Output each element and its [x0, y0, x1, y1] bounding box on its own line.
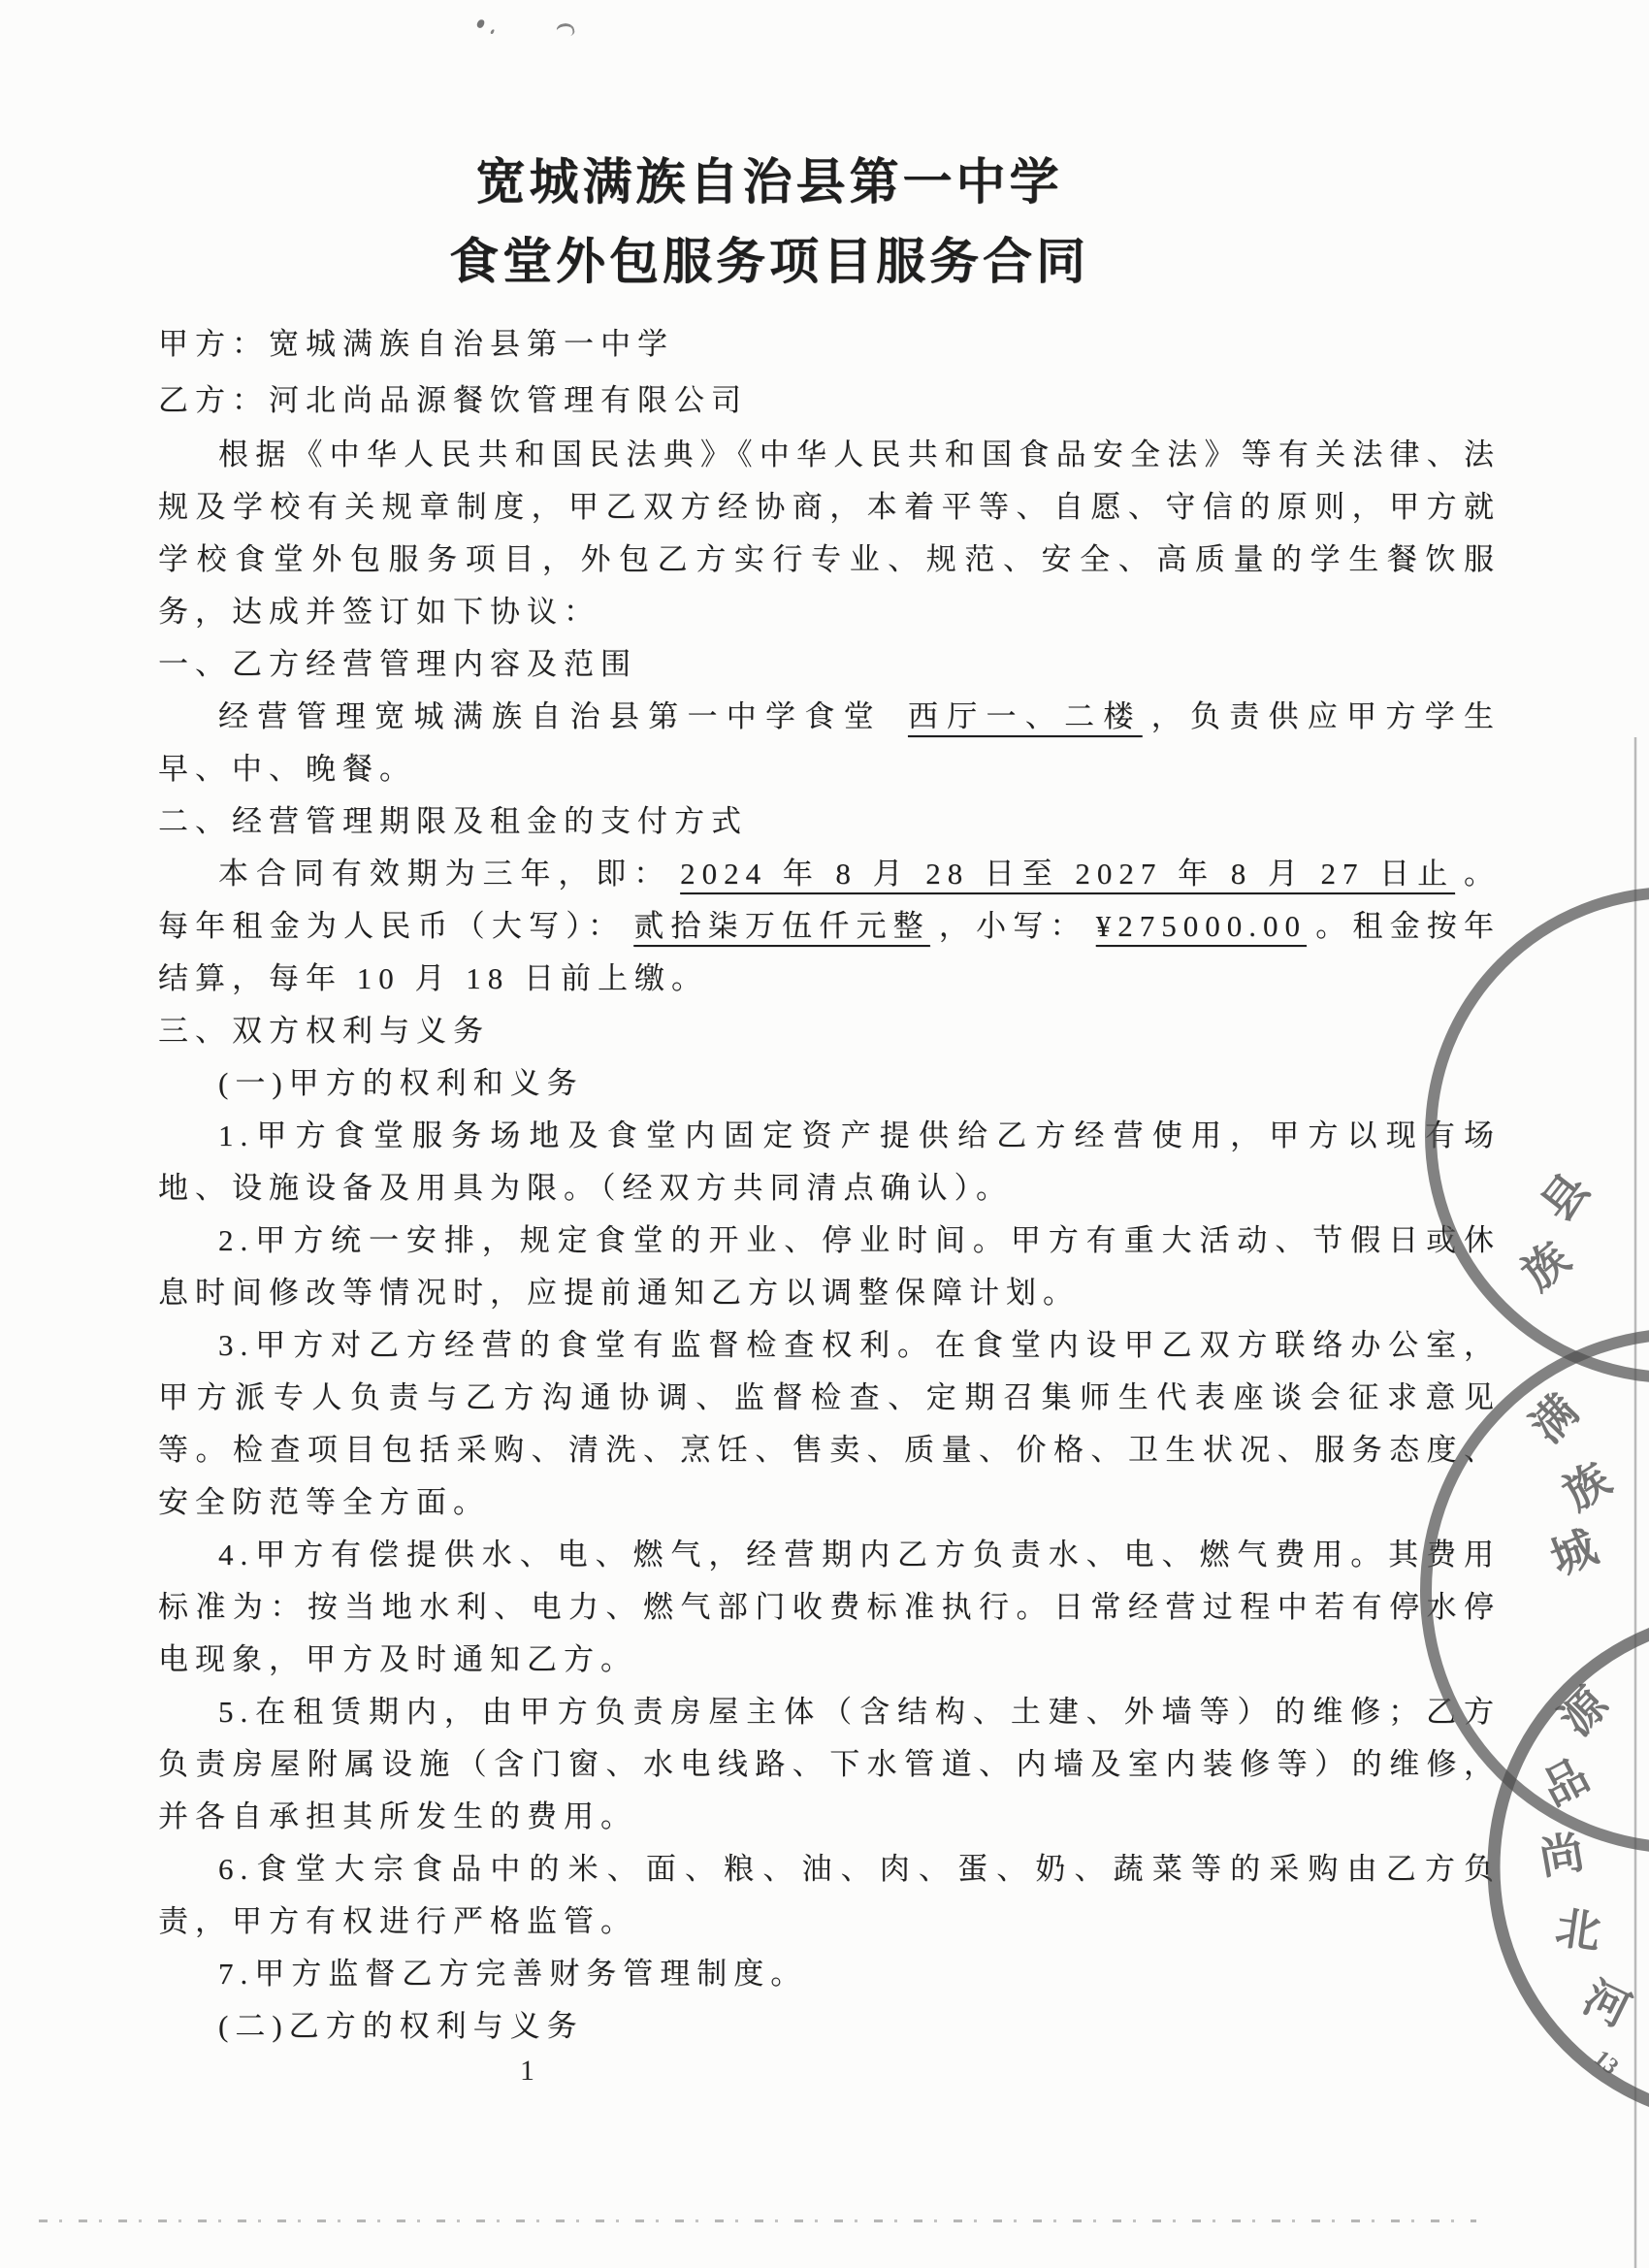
- clause-item: 3.甲方对乙方经营的食堂有监督检查权利。在食堂内设甲乙双方联络办公室，甲方派专人…: [158, 1319, 1501, 1529]
- text-run: 本合同有效期为三年，即：: [218, 857, 671, 891]
- clause-item: 5.在租赁期内，由甲方负责房屋主体（含结构、土建、外墙等）的维修；乙方负责房屋附…: [158, 1686, 1501, 1843]
- text-run: 5.在租赁期内，由甲方负责房屋主体（含结构、土建、外墙等）的维修；乙方负责房屋附…: [158, 1695, 1501, 1833]
- seal-character: 满: [1522, 1385, 1589, 1452]
- contract-title-line: 宽城满族自治县第一中学: [98, 144, 1440, 223]
- seal-character: 县: [1533, 1165, 1600, 1231]
- clause-subheading: (二)乙方的权利与义务: [158, 2000, 1501, 2053]
- document-body: 宽城满族自治县第一中学食堂外包服务项目服务合同甲方：宽城满族自治县第一中学乙方：…: [158, 144, 1501, 2053]
- text-run: 甲方：宽城满族自治县第一中学: [158, 327, 674, 361]
- clause-heading: 二、经营管理期限及租金的支付方式: [158, 795, 1501, 848]
- scan-smudge: [556, 21, 576, 38]
- clause-subheading: (一)甲方的权利和义务: [158, 1057, 1501, 1110]
- seal-character: 城: [1544, 1522, 1604, 1585]
- seal-character: 族: [1513, 1233, 1579, 1300]
- seal-ring: [1494, 1615, 1649, 2120]
- seal-number: 13: [1589, 2046, 1623, 2080]
- seal-character: 品: [1535, 1750, 1598, 1815]
- seal-character: 族: [1555, 1454, 1619, 1520]
- contract-title-line: 食堂外包服务项目服务合同: [98, 223, 1440, 303]
- text-run: (一)甲方的权利和义务: [218, 1066, 584, 1100]
- company-seal-stamp: 源 品 尚 北 河 13: [1494, 1615, 1649, 2120]
- text-run: 根据《中华人民共和国民法典》《中华人民共和国食品安全法》等有关法律、法规及学校有…: [158, 437, 1501, 629]
- clause-item: 6.食堂大宗食品中的米、面、粮、油、肉、蛋、奶、蔬菜等的采购由乙方负责，甲方有权…: [158, 1843, 1501, 1948]
- filled-in-blank: 贰拾柒万伍仟元整: [625, 909, 939, 943]
- seal-character: 北: [1553, 1902, 1604, 1958]
- paragraph: 本合同有效期为三年，即：2024 年 8 月 28 日至 2027 年 8 月 …: [158, 848, 1501, 1005]
- text-run: 6.食堂大宗食品中的米、面、粮、油、肉、蛋、奶、蔬菜等的采购由乙方负责，甲方有权…: [158, 1852, 1501, 1938]
- clause-heading: 三、双方权利与义务: [158, 1005, 1501, 1057]
- clause-item: 7.甲方监督乙方完善财务管理制度。: [158, 1948, 1501, 2000]
- text-run: 食堂外包服务项目服务合同: [449, 234, 1089, 291]
- filled-in-blank: 西厅一、二楼: [899, 699, 1151, 733]
- scan-artifact-line: [39, 2219, 1476, 2222]
- seal-character: 河: [1576, 1972, 1638, 2036]
- text-run: (二)乙方的权利与义务: [218, 2009, 584, 2043]
- text-run: ，小写：: [939, 909, 1087, 943]
- text-run: 乙方：河北尚品源餐饮管理有限公司: [158, 383, 748, 417]
- text-run: 1.甲方食堂服务场地及食堂内固定资产提供给乙方经营使用，甲方以现有场地、设施设备…: [158, 1118, 1501, 1205]
- party-line: 乙方：河北尚品源餐饮管理有限公司: [158, 373, 1501, 429]
- seal-character: 源: [1551, 1678, 1618, 1745]
- text-run: 二、经营管理期限及租金的支付方式: [158, 804, 748, 838]
- text-run: 2.甲方统一安排，规定食堂的开业、停业时间。甲方有重大活动、节假日或休息时间修改…: [158, 1223, 1501, 1310]
- clause-item: 2.甲方统一安排，规定食堂的开业、停业时间。甲方有重大活动、节假日或休息时间修改…: [158, 1215, 1501, 1319]
- text-run: 7.甲方监督乙方完善财务管理制度。: [218, 1957, 807, 1991]
- page-number: 1: [520, 2055, 534, 2088]
- text-run: 三、双方权利与义务: [158, 1014, 490, 1048]
- clause-item: 1.甲方食堂服务场地及食堂内固定资产提供给乙方经营使用，甲方以现有场地、设施设备…: [158, 1110, 1501, 1215]
- scan-smudge: [476, 18, 485, 29]
- clause-heading: 一、乙方经营管理内容及范围: [158, 638, 1501, 691]
- text-run: 宽城满族自治县第一中学: [475, 154, 1062, 211]
- paragraph: 经营管理宽城满族自治县第一中学食堂 西厅一、二楼，负责供应甲方学生早、中、晚餐。: [158, 691, 1501, 795]
- text-run: 一、乙方经营管理内容及范围: [158, 647, 637, 681]
- clause-item: 4.甲方有偿提供水、电、燃气，经营期内乙方负责水、电、燃气费用。其费用标准为：按…: [158, 1529, 1501, 1686]
- text-run: 4.甲方有偿提供水、电、燃气，经营期内乙方负责水、电、燃气费用。其费用标准为：按…: [158, 1538, 1501, 1676]
- paragraph: 根据《中华人民共和国民法典》《中华人民共和国食品安全法》等有关法律、法规及学校有…: [158, 429, 1501, 638]
- text-run: 经营管理宽城满族自治县第一中学食堂: [218, 699, 899, 733]
- filled-in-blank: ¥275000.00: [1087, 909, 1315, 943]
- filled-in-blank: 2024 年 8 月 28 日至 2027 年 8 月 27 日止: [671, 857, 1464, 891]
- text-run: 3.甲方对乙方经营的食堂有监督检查权利。在食堂内设甲乙双方联络办公室，甲方派专人…: [158, 1328, 1501, 1519]
- seal-character: 尚: [1536, 1828, 1588, 1884]
- party-line: 甲方：宽城满族自治县第一中学: [158, 316, 1501, 373]
- contract-page: 宽城满族自治县第一中学食堂外包服务项目服务合同甲方：宽城满族自治县第一中学乙方：…: [0, 0, 1649, 2268]
